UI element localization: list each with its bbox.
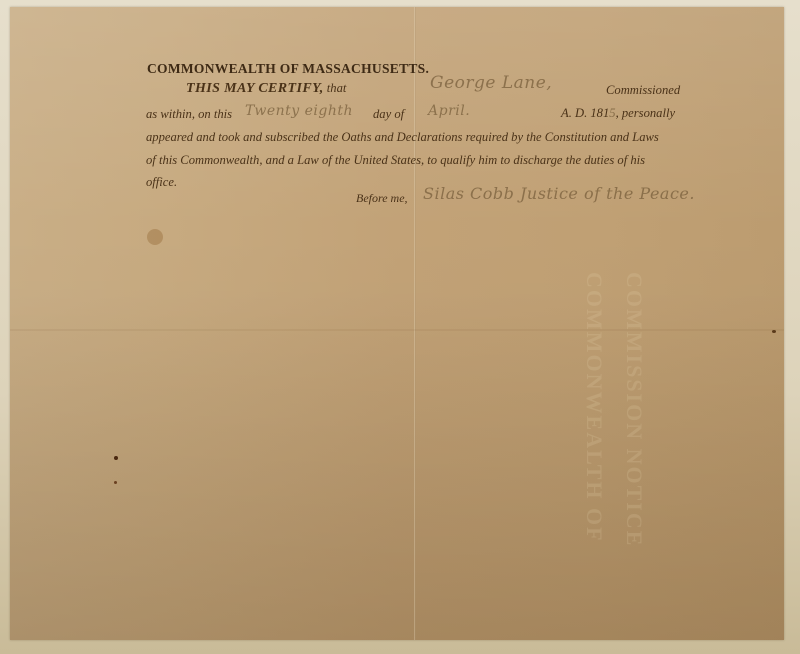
as-within-label: as within, on this	[146, 107, 232, 122]
body-line-4: of this Commonwealth, and a Law of the U…	[146, 153, 645, 168]
certify-caps: THIS MAY CERTIFY,	[186, 81, 324, 96]
document-heading: COMMONWEALTH OF MASSACHUSETTS.	[147, 61, 429, 77]
certify-line: THIS MAY CERTIFY, that	[186, 81, 346, 97]
body-line-5: office.	[146, 175, 177, 190]
ad-year-line: A. D. 1815, personally	[561, 106, 675, 121]
body-line-3: appeared and took and subscribed the Oat…	[146, 130, 659, 145]
day-of-label: day of	[373, 107, 404, 122]
handwritten-name: George Lane,	[430, 73, 552, 93]
personally-label: , personally	[616, 106, 675, 120]
certificate-text: COMMONWEALTH OF MASSACHUSETTS. THIS MAY …	[10, 7, 784, 640]
ad-year-printed: A. D. 181	[561, 106, 609, 120]
handwritten-month: April.	[428, 103, 470, 119]
certify-that: that	[327, 81, 347, 95]
commissioned-label: Commissioned	[606, 83, 680, 98]
before-me-label: Before me,	[356, 191, 408, 206]
handwritten-day: Twenty eighth	[245, 103, 353, 119]
certificate-paper: COMMONWEALTH OF MASSACHUSETTS COMMISSION…	[10, 7, 784, 640]
handwritten-signature: Silas Cobb Justice of the Peace.	[423, 184, 695, 203]
